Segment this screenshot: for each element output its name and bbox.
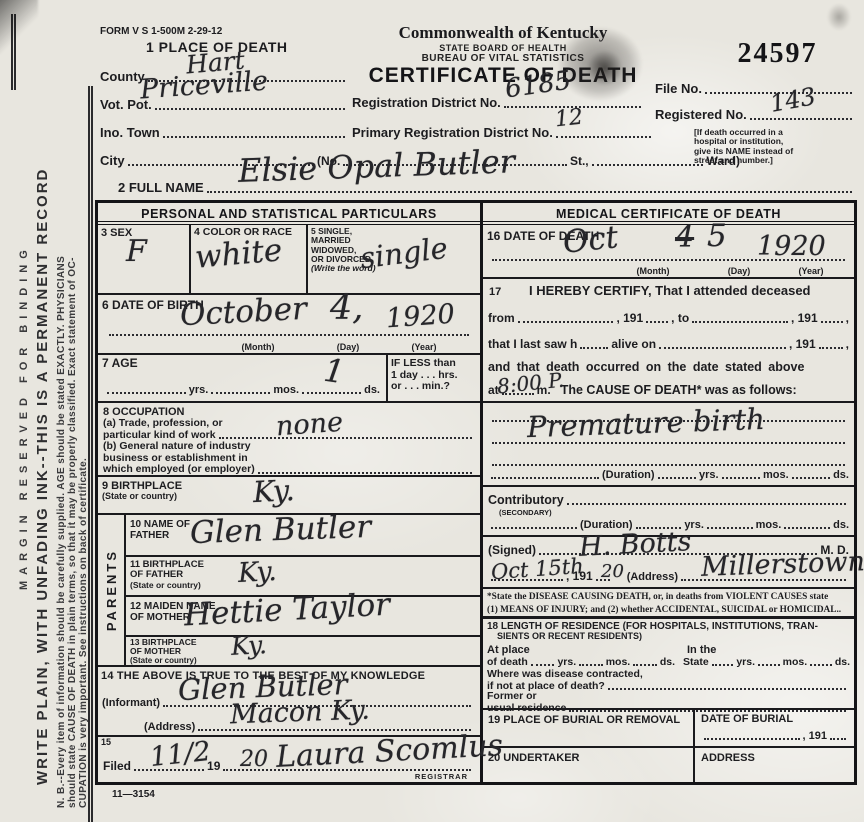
occupation-b-line3: which employed (or employer) <box>103 464 255 476</box>
signed-label: (Signed) <box>488 543 536 557</box>
undertaker-address-label: ADDRESS <box>701 752 848 764</box>
duration-line: (Duration) yrs. mos. ds. <box>488 469 849 481</box>
secondary-label: (SECONDARY) <box>499 508 552 517</box>
dotted-line <box>211 391 270 394</box>
burial-date-line: , 191 <box>701 730 849 742</box>
signed-year-handwritten: 20 <box>601 563 624 581</box>
footnote-line1: *State the DISEASE CAUSING DEATH, or, in… <box>487 592 828 602</box>
burial-place-label: 19 PLACE OF BURIAL OR REMOVAL <box>488 714 688 726</box>
age-cell: 7 AGE yrs. mos. ds. 1 <box>98 355 388 401</box>
months-unit: mos. <box>273 384 299 396</box>
physician-signature-handwritten: H. Botts <box>578 528 692 561</box>
filed-label: Filed <box>103 759 131 773</box>
margin-nb-line1: N. B.--Every item of information should … <box>56 100 67 808</box>
dotted-line <box>821 320 843 323</box>
days-unit: ds. <box>660 656 675 668</box>
parents-rows: 10 NAME OF FATHER Glen Butler 11 BIRTHPL… <box>126 515 480 665</box>
parents-block: PARENTS 10 NAME OF FATHER Glen Butler 11… <box>98 515 480 667</box>
serial-number-text: 24597 <box>738 38 818 69</box>
years-unit: yrs. <box>736 656 755 668</box>
months-unit: mos. <box>783 656 808 668</box>
sex-cell: 3 SEX F <box>98 225 191 293</box>
dotted-line <box>491 476 599 479</box>
in-state-units-line: State yrs. mos. ds. <box>683 656 850 668</box>
dotted-line <box>579 663 603 666</box>
date-of-birth-row: 6 DATE OF BIRTH (Month) (Day) (Year) Oct… <box>98 295 480 355</box>
father-name-value-handwritten: Glen Butler <box>190 512 372 549</box>
dotted-line <box>491 526 577 529</box>
filed-item-number: 15 <box>101 738 111 748</box>
dotted-line <box>692 320 788 323</box>
state-board-heading: STATE BOARD OF HEALTH <box>372 43 634 53</box>
if-less-line1: IF LESS than <box>391 358 477 370</box>
months-unit: mos. <box>756 519 782 531</box>
hospital-note: [If death occurred in a hospital or inst… <box>694 128 859 165</box>
last-saw-line: that I last saw h alive on , 191 , <box>488 337 849 351</box>
month-caption: (Month) <box>226 342 290 352</box>
binding-rule-top-stub <box>11 14 16 90</box>
father-birthplace-label-line3: (State or country) <box>130 581 204 590</box>
county-label: County <box>100 69 145 84</box>
filed-year-handwritten: 20 <box>240 749 268 771</box>
death-certificate-scan: MARGIN RESERVED FOR BINDING WRITE PLAIN,… <box>0 0 864 822</box>
form-number-line: FORM V S 1-500M 2-29-12 <box>100 26 222 37</box>
birthplace-row: 9 BIRTHPLACE (State or country) Ky. <box>98 477 480 515</box>
residence-label-line2: SIENTS OR RECENT RESIDENTS) <box>497 632 642 642</box>
dotted-line <box>712 663 734 666</box>
street-label: St., <box>570 154 589 168</box>
dob-year-handwritten: 1920 <box>385 301 455 333</box>
certificate-body-table: PERSONAL AND STATISTICAL PARTICULARS 3 S… <box>95 200 857 785</box>
filed-date-handwritten: 11/2 <box>149 738 212 771</box>
in-the-label: In the <box>687 644 716 656</box>
time-of-death-handwritten: 8:00 P. <box>496 370 565 397</box>
dod-month-handwritten: Oct <box>562 222 620 259</box>
former-residence-line1: Former or <box>487 691 537 703</box>
comma: , <box>846 311 849 325</box>
mother-name-value-handwritten: Hettie Taylor <box>183 590 390 632</box>
where-contracted-line1: Where was disease contracted, <box>487 669 643 681</box>
informant-address-label: (Address) <box>144 721 195 733</box>
state-label: State <box>683 656 709 668</box>
personal-particulars-column: PERSONAL AND STATISTICAL PARTICULARS 3 S… <box>98 203 483 782</box>
dob-month-handwritten: October <box>179 294 307 332</box>
dotted-line <box>758 663 780 666</box>
dotted-line <box>302 391 361 394</box>
dotted-line <box>810 663 832 666</box>
contributory-label: Contributory <box>488 493 564 507</box>
years-unit: yrs. <box>699 469 719 481</box>
dotted-line <box>792 476 830 479</box>
dotted-line <box>608 687 846 690</box>
dod-day-struck-handwritten: 4 <box>675 223 694 253</box>
from-label: from <box>488 311 515 325</box>
age-label: 7 AGE <box>102 357 138 370</box>
cause-of-death-heading: The CAUSE OF DEATH* was as follows: <box>561 383 797 397</box>
undertaker-cell: 20 UNDERTAKER <box>483 748 695 782</box>
undertaker-row: 20 UNDERTAKER ADDRESS <box>483 748 854 782</box>
dotted-line <box>556 135 651 138</box>
months-unit: mos. <box>763 469 789 481</box>
dod-year-handwritten: 1920 <box>757 233 826 260</box>
occupation-row: 8 OCCUPATION (a) Trade, profession, or p… <box>98 403 480 477</box>
filed-block: 15 Filed 19 11/2 20 Laura Scomlus REGIST… <box>98 737 480 782</box>
hospital-note-line4: street and number.] <box>694 156 859 165</box>
burial-date-cell: DATE OF BURIAL , 191 <box>695 710 854 746</box>
burial-row: 19 PLACE OF BURIAL OR REMOVAL DATE OF BU… <box>483 710 854 748</box>
dotted-line <box>580 346 608 349</box>
full-name-label: 2 FULL NAME <box>118 180 204 195</box>
dotted-line <box>109 333 469 336</box>
burial-place-cell: 19 PLACE OF BURIAL OR REMOVAL <box>483 710 695 746</box>
if-less-line3: or . . . min.? <box>391 381 477 393</box>
dotted-line <box>830 737 846 740</box>
dotted-line <box>207 190 852 193</box>
registered-no-value-handwritten: 143 <box>768 84 817 116</box>
certify-block: 17 I HEREBY CERTIFY, That I attended dec… <box>483 279 854 403</box>
comma: , <box>846 337 849 351</box>
full-name-value-handwritten: Elsie Opal Butler <box>238 145 516 187</box>
physician-address-handwritten: Millerstown <box>701 548 864 581</box>
medical-section-title: MEDICAL CERTIFICATE OF DEATH <box>483 203 854 225</box>
physician-address-label: (Address) <box>627 571 678 583</box>
top-right-smudge <box>824 0 854 34</box>
medical-section-title-text: MEDICAL CERTIFICATE OF DEATH <box>556 207 781 221</box>
dotted-line <box>633 663 657 666</box>
undertaker-label: 20 UNDERTAKER <box>488 752 688 764</box>
sex-value-handwritten: F <box>126 237 147 267</box>
year-191: , 191 <box>616 311 643 325</box>
cause-of-death-value-handwritten: Premature birth <box>527 405 766 442</box>
binding-rule <box>88 86 93 822</box>
personal-section-title-text: PERSONAL AND STATISTICAL PARTICULARS <box>141 207 437 221</box>
alive-on-label: alive on <box>611 337 656 351</box>
race-value-handwritten: white <box>194 235 284 273</box>
dod-day-handwritten: 5 <box>707 221 727 252</box>
dotted-line <box>155 107 345 110</box>
of-death-label: of death <box>487 656 528 668</box>
informant-address-value-handwritten: Macon Ky. <box>230 697 371 729</box>
margin-write-plain-note: WRITE PLAIN, WITH UNFADING INK--THIS IS … <box>34 95 51 785</box>
certificate-serial-number: 24597 <box>700 38 855 70</box>
form-footer-number: 11—3154 <box>112 789 155 800</box>
dotted-line <box>531 663 555 666</box>
race-cell: 4 COLOR OR RACE white <box>191 225 308 293</box>
dotted-line <box>646 320 668 323</box>
inc-town-label: Ino. Town <box>100 125 160 140</box>
years-unit: yrs. <box>557 656 576 668</box>
informant-label: (Informant) <box>102 697 160 709</box>
mother-birthplace-label-line3: (State or country) <box>130 657 197 666</box>
duration-label: (Duration) <box>602 469 655 481</box>
occupation-value-handwritten: none <box>275 409 344 441</box>
bureau-heading: BUREAU OF VITAL STATISTICS <box>372 53 634 64</box>
corner-shadow <box>0 0 38 54</box>
state-board-text: STATE BOARD OF HEALTH <box>439 43 567 53</box>
last-saw-label: that I last saw h <box>488 337 577 351</box>
where-contracted-line2-row: if not at place of death? <box>487 680 849 692</box>
dotted-line <box>658 476 696 479</box>
father-name-row: 10 NAME OF FATHER Glen Butler <box>126 515 480 557</box>
months-unit: mos. <box>606 656 631 668</box>
dotted-line <box>784 526 830 529</box>
month-caption: (Month) <box>618 266 688 276</box>
registration-district-label: Registration District No. <box>352 95 501 110</box>
days-unit: ds. <box>835 656 850 668</box>
bureau-text: BUREAU OF VITAL STATISTICS <box>422 53 585 64</box>
parents-label: PARENTS <box>104 549 119 631</box>
item17-number: 17 <box>489 286 501 298</box>
dotted-line <box>704 737 800 740</box>
occupation-b-line1: (b) General nature of industry <box>103 441 475 453</box>
dotted-line <box>567 502 846 505</box>
year-191: , 191 <box>791 311 818 325</box>
informant-block: 14 THE ABOVE IS TRUE TO THE BEST OF MY K… <box>98 667 480 737</box>
certify-statement: I HEREBY CERTIFY, That I attended deceas… <box>529 284 811 298</box>
dotted-line <box>750 117 852 120</box>
father-name-label-line2: FATHER <box>130 530 190 541</box>
personal-section-title: PERSONAL AND STATISTICAL PARTICULARS <box>98 203 480 225</box>
days-unit: ds. <box>833 519 849 531</box>
mother-birthplace-value-handwritten: Ky. <box>230 632 267 659</box>
residence-block: 18 LENGTH OF RESIDENCE (FOR HOSPITALS, I… <box>483 619 854 710</box>
primary-district-row: Primary Registration District No. <box>352 122 654 140</box>
signed-block: (Signed) M. D. H. Botts , 191 (Address) … <box>483 537 854 589</box>
dotted-line <box>707 526 753 529</box>
date-of-death-row: 16 DATE OF DEATH (Month) (Day) (Year) Oc… <box>483 225 854 279</box>
mother-name-row: 12 MAIDEN NAME OF MOTHER Hettie Taylor <box>126 597 480 637</box>
father-birthplace-value-handwritten: Ky. <box>237 558 277 587</box>
registrar-label: REGISTRAR <box>415 772 468 781</box>
year-caption: (Year) <box>781 266 841 276</box>
inc-town-row: Ino. Town <box>100 122 348 140</box>
primary-district-value-handwritten: 12 <box>554 107 584 132</box>
contributory-line: Contributory <box>488 493 849 507</box>
dotted-line <box>107 391 186 394</box>
dotted-line <box>163 135 345 138</box>
medical-certificate-column: MEDICAL CERTIFICATE OF DEATH 16 DATE OF … <box>483 203 854 782</box>
margin-nb-line2: should state CAUSE OF DEATH in plain ter… <box>67 100 78 808</box>
birthplace-sub-label: (State or country) <box>102 492 177 502</box>
years-unit: yrs. <box>189 384 209 396</box>
registration-district-row: Registration District No. <box>352 92 644 110</box>
cause-of-death-block: Premature birth (Duration) yrs. mos. ds. <box>483 403 854 487</box>
marital-cell: 5 SINGLE, MARRIED WIDOWED, OR DIVORCED (… <box>308 225 480 293</box>
sex-race-marital-row: 3 SEX F 4 COLOR OR RACE white 5 SINGLE, … <box>98 225 480 295</box>
if-less-cell: IF LESS than 1 day . . . hrs. or . . . m… <box>388 355 480 401</box>
primary-district-label: Primary Registration District No. <box>352 125 553 140</box>
attended-from-line: from , 191 , to , 191 , <box>488 311 849 325</box>
dotted-line <box>592 163 704 166</box>
year-191: , 191 <box>789 337 816 351</box>
dotted-line <box>219 436 472 439</box>
registered-no-label: Registered No. <box>655 107 747 122</box>
footnote-line2: (1) MEANS OF INJURY; and (2) whether ACC… <box>487 605 841 615</box>
father-name-label-line1: 10 NAME OF <box>130 519 190 530</box>
dotted-line <box>492 463 845 466</box>
file-no-row: File No. <box>655 80 855 96</box>
margin-binding-note: MARGIN RESERVED FOR BINDING <box>18 180 30 590</box>
year-caption: (Year) <box>394 342 454 352</box>
registered-no-row: Registered No. <box>655 106 855 122</box>
day-caption: (Day) <box>711 266 767 276</box>
birthplace-value-handwritten: Ky. <box>252 476 295 507</box>
age-row: 7 AGE yrs. mos. ds. 1 IF LESS than 1 day… <box>98 355 480 403</box>
city-label: City <box>100 153 125 168</box>
mother-birthplace-row: 13 BIRTHPLACE OF MOTHER (State or countr… <box>126 637 480 667</box>
year-191: , 191 <box>803 730 827 742</box>
days-unit: ds. <box>364 384 380 396</box>
dotted-line <box>722 476 760 479</box>
cause-footnote: *State the DISEASE CAUSING DEATH, or, in… <box>483 589 854 619</box>
commonwealth-heading: Commonwealth of Kentucky <box>372 23 634 43</box>
to-label: , to <box>671 311 689 325</box>
dob-day-handwritten: 4, <box>330 291 363 326</box>
days-unit: ds. <box>833 469 849 481</box>
at-place-units-line: of death yrs. mos. ds. <box>487 656 675 668</box>
at-place-label: At place <box>487 644 530 656</box>
commonwealth-text: Commonwealth of Kentucky <box>399 23 608 42</box>
dotted-line <box>819 346 843 349</box>
undertaker-address-cell: ADDRESS <box>695 748 854 782</box>
burial-date-label: DATE OF BURIAL <box>701 713 793 725</box>
file-no-label: File No. <box>655 81 702 96</box>
dotted-line <box>518 320 614 323</box>
parents-strip: PARENTS <box>98 515 126 665</box>
dotted-line <box>659 346 786 349</box>
